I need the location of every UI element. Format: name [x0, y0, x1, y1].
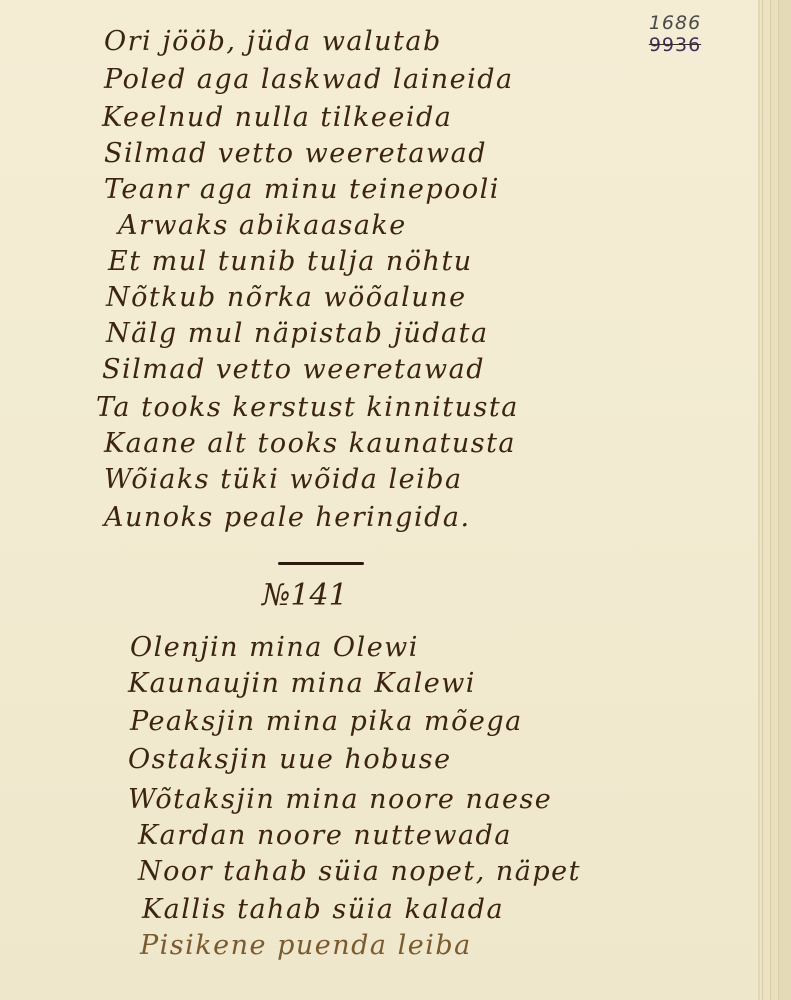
- verse-line: Nõtkub nõrka wöõalune: [106, 282, 467, 313]
- verse-line: Aunoks peale heringida.: [104, 502, 471, 533]
- verse-line: Kallis tahab süia kalada: [142, 894, 504, 925]
- catalog-number: 1686 9936: [640, 12, 710, 56]
- verse-line: Kardan noore nuttewada: [138, 820, 512, 851]
- verse-line: Noor tahab süia nopet, näpet: [138, 856, 581, 887]
- verse-line: Keelnud nulla tilkeeida: [102, 102, 452, 133]
- verse-line: Ostaksjin uue hobuse: [128, 744, 452, 775]
- catalog-number-current: 1686: [640, 12, 710, 34]
- verse-line: Peaksjin mina pika mõega: [130, 706, 523, 737]
- section-divider: [278, 562, 364, 565]
- verse-line: Ta tooks kerstust kinnitusta: [96, 392, 519, 423]
- verse-line: Kaunaujin mina Kalewi: [128, 668, 476, 699]
- catalog-number-struck: 9936: [640, 34, 710, 56]
- page-edge: [778, 0, 791, 1000]
- verse-line: Kaane alt tooks kaunatusta: [104, 428, 516, 459]
- verse-line: Poled aga laskwad laineida: [104, 64, 514, 95]
- verse-line: Wõiaks tüki wõida leiba: [104, 464, 463, 495]
- verse-line: Teanr aga minu teinepooli: [104, 174, 500, 205]
- verse-line: Et mul tunib tulja nöhtu: [108, 246, 473, 277]
- verse-line: Silmad vetto weeretawad: [104, 138, 487, 169]
- verse-line: Olenjin mina Olewi: [130, 632, 419, 663]
- verse-line: Wõtaksjin mina noore naese: [128, 784, 552, 815]
- verse-line: Arwaks abikaasake: [118, 210, 407, 241]
- verse-line: Pisikene puenda leiba: [140, 930, 472, 961]
- song-number: №141: [262, 578, 348, 613]
- page-edge: [770, 0, 777, 1000]
- verse-line: Nälg mul näpistab jüdata: [106, 318, 489, 349]
- verse-line: Ori jööb, jüda walutab: [104, 26, 442, 57]
- page-edge: [762, 0, 769, 1000]
- verse-line: Silmad vetto weeretawad: [102, 354, 485, 385]
